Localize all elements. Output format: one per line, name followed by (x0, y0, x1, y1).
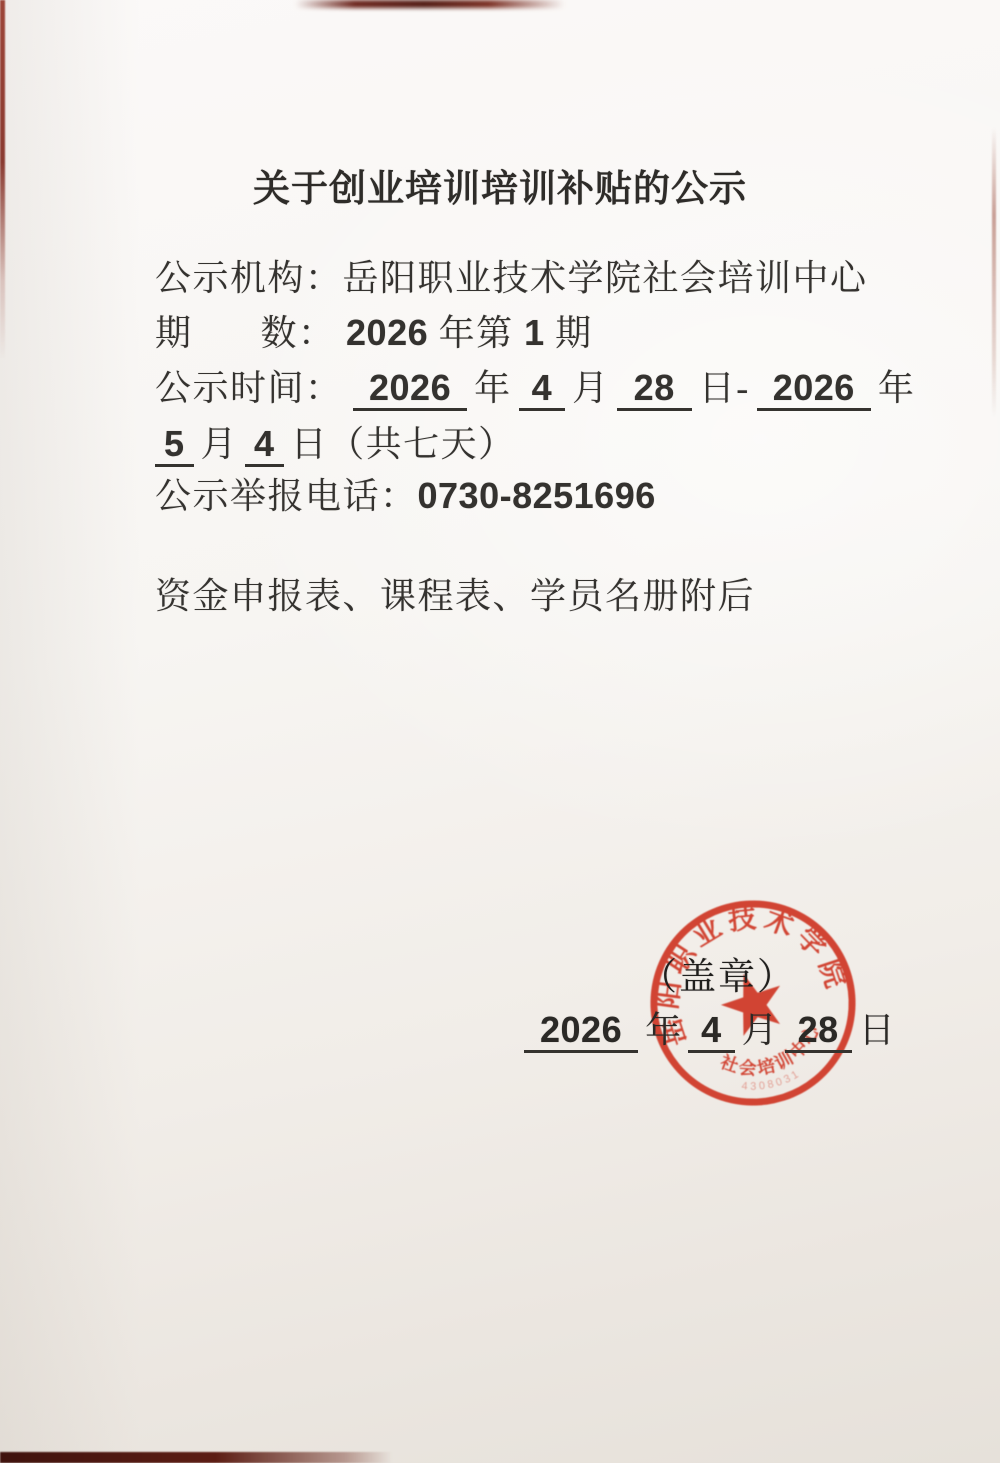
seal-date-line: 2026年4月28日 (524, 1002, 902, 1053)
period-label: 公示时间： (155, 368, 343, 408)
period-start-month-blank: 4 (519, 368, 566, 411)
issue-unit: 期 (555, 313, 593, 353)
period-end-year-blank: 2026 (757, 368, 871, 411)
period-line-2: 5月4日（共七天） (155, 416, 523, 467)
hotline-number: 0730-8251696 (418, 475, 656, 516)
period-unit-day1: 日- (699, 368, 750, 408)
seal-date-unit-day: 日 (859, 1010, 895, 1050)
period-start-year-blank: 2026 (353, 368, 467, 411)
period-unit-month2: 月 (201, 424, 239, 464)
seal-date-unit-month: 月 (742, 1010, 778, 1050)
issue-label-left: 期 (155, 313, 193, 353)
agency-line: 公示机构：岳阳职业技术学院社会培训中心 (155, 250, 868, 301)
issue-unit-year: 年第 (439, 313, 514, 353)
seal-date-year-blank: 2026 (524, 1010, 638, 1053)
seal-date-month-blank: 4 (688, 1010, 735, 1053)
issue-number: 1 (524, 312, 545, 353)
period-unit-year2: 年 (878, 368, 916, 408)
seal-placeholder-label: （盖章） (640, 946, 796, 1000)
period-end-day-blank: 4 (245, 424, 284, 467)
issue-year: 2026 (346, 312, 428, 353)
hotline-label: 公示举报电话： (155, 476, 418, 516)
period-unit-year1: 年 (474, 368, 512, 408)
agency-label: 公示机构： (155, 258, 343, 298)
issue-label-right: 数： (261, 313, 336, 353)
hotline-line: 公示举报电话：0730-8251696 (155, 468, 656, 519)
photo-background-edge-top (295, 0, 565, 8)
document-page: 关于创业培训培训补贴的公示 公示机构：岳阳职业技术学院社会培训中心 期数： 20… (0, 0, 1000, 1463)
photo-background-edge-bottom (0, 1452, 392, 1463)
seal-date-unit-year: 年 (645, 1010, 681, 1050)
period-end-month-blank: 5 (155, 424, 194, 467)
document-title: 关于创业培训培训补贴的公示 (0, 158, 1000, 212)
period-start-day-blank: 28 (617, 368, 692, 411)
period-unit-month1: 月 (572, 368, 610, 408)
seal-date-day-blank: 28 (785, 1010, 852, 1053)
issue-line: 期数： 2026 年第 1 期 (155, 305, 593, 356)
attachments-line: 资金申报表、课程表、学员名册附后 (155, 568, 755, 619)
agency-value: 岳阳职业技术学院社会培训中心 (343, 258, 868, 298)
period-unit-day2: 日（共七天） (291, 424, 516, 464)
period-line-1: 公示时间： 2026年4月28日-2026年 (155, 360, 922, 411)
